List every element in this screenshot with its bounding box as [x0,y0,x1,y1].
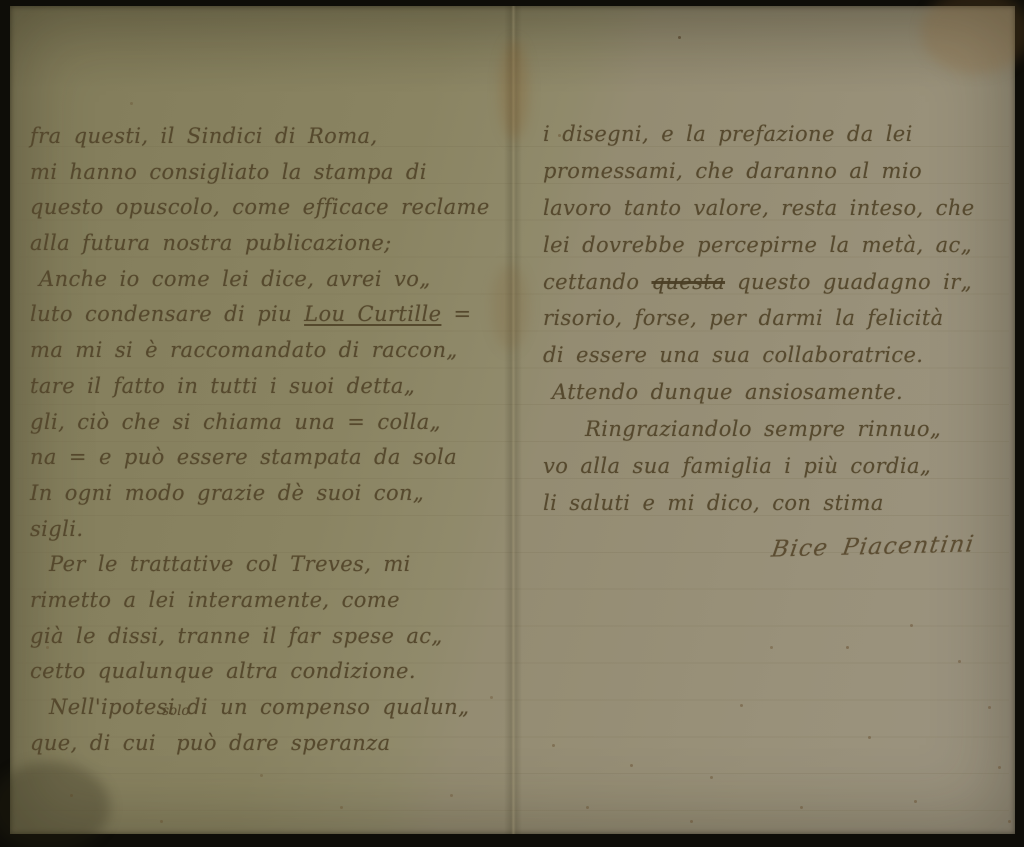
handwritten-line: ma mi si è raccomandato di raccon„ [30,333,510,369]
interlinear-insertion: solo [168,729,176,750]
inserted-word: solo [162,705,190,718]
handwritten-line: tare il fatto in tutti i suoi detta„ [30,369,510,405]
handwritten-line: di essere una sua collaboratrice. [543,337,1008,374]
handwritten-line: già le dissi, tranne il far spese ac„ [30,619,510,655]
struck-word: questa [651,270,725,294]
edge-shadow [0,762,110,847]
line-text: cettando [543,270,651,294]
handwritten-line: risorio, forse, per darmi la felicità [543,300,1008,337]
handwritten-line: lavoro tanto valore, resta inteso, che [543,190,1008,227]
handwritten-line: In ogni modo grazie dè suoi con„ [30,476,510,512]
line-text: questo guadagno ir„ [725,270,972,294]
handwritten-line: li saluti e mi dico, con stima [543,485,1008,522]
letter-paper: fra questi, il Sindici di Roma, mi hanno… [10,6,1015,834]
handwritten-line: vo alla sua famiglia i più cordia„ [543,448,1008,485]
handwritten-line: mi hanno consigliato la stampa di [30,155,510,191]
handwritten-line: que, di cui solopuò dare speranza [30,726,510,762]
page-right: i disegni, e la prefazione da lei promes… [543,116,1008,566]
handwritten-line: Nell'ipotesi di un compenso qualun„ [30,690,510,726]
handwritten-line: i disegni, e la prefazione da lei [543,116,1008,153]
handwritten-line: Anche io come lei dice, avrei vo„ [30,262,510,298]
handwritten-line: questo opuscolo, come efficace reclame [30,190,510,226]
handwritten-line: sigli. [30,512,510,548]
line-text: = [441,302,471,326]
line-text: que, di cui [30,731,168,755]
handwritten-line: Ringraziandolo sempre rinnuo„ [543,411,1008,448]
handwritten-line: luto condensare di piu Lou Curtille = [30,297,510,333]
letter-scan: fra questi, il Sindici di Roma, mi hanno… [0,0,1024,847]
handwritten-line: promessami, che daranno al mio [543,153,1008,190]
handwritten-line: alla futura nostra publicazione; [30,226,510,262]
handwritten-line: cetto qualunque altra condizione. [30,654,510,690]
foxing-specks [10,6,13,9]
line-text: può dare speranza [176,731,391,755]
signature-line: Bice Piacentini [543,529,1008,566]
handwritten-line: cettando questa questo guadagno ir„ [543,264,1008,301]
handwritten-line: na = e può essere stampata da sola [30,440,510,476]
handwritten-line: rimetto a lei interamente, come [30,583,510,619]
corner-stain [921,0,1024,74]
handwritten-line: fra questi, il Sindici di Roma, [30,119,510,155]
signature: Bice Piacentini [769,526,978,568]
handwritten-line: Attendo dunque ansiosamente. [543,374,1008,411]
underlined-title: Lou Curtille [304,302,441,326]
page-left: fra questi, il Sindici di Roma, mi hanno… [30,119,510,761]
handwritten-line: gli, ciò che si chiama una = colla„ [30,405,510,441]
handwritten-line: lei dovrebbe percepirne la metà, ac„ [543,227,1008,264]
line-text: luto condensare di piu [30,302,304,326]
handwritten-line: Per le trattative col Treves, mi [30,547,510,583]
